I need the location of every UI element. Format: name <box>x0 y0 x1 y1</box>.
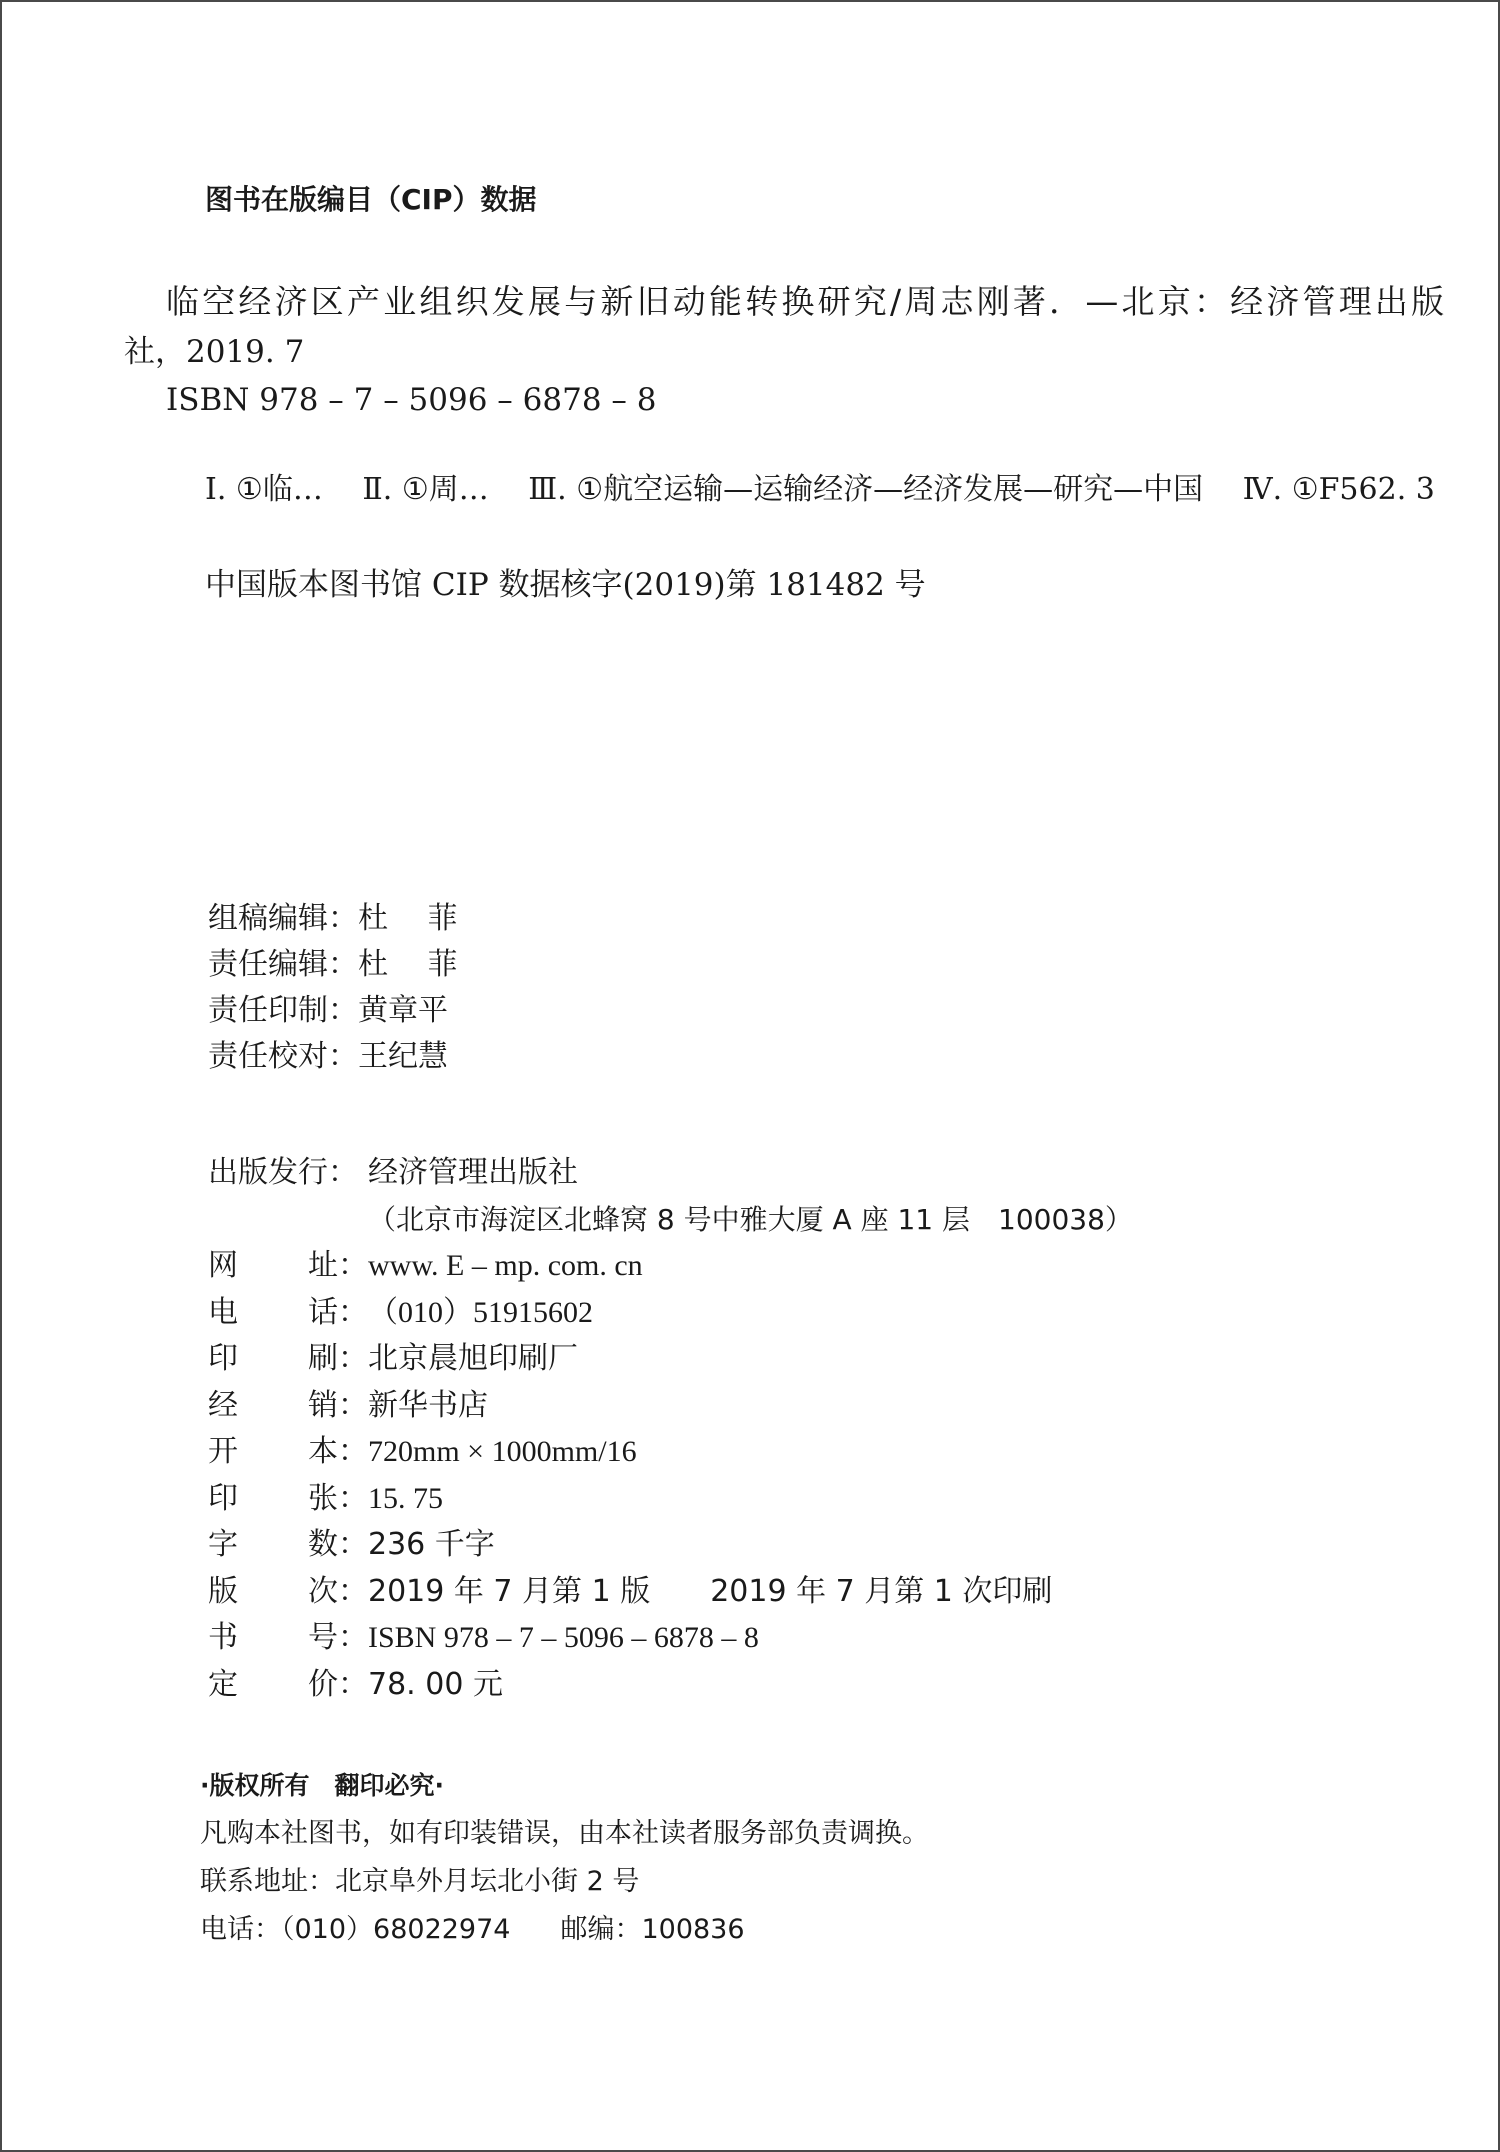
pub-label-a: 定 <box>208 1662 308 1709</box>
cip-title-line-2: 社，2019. 7 <box>124 332 304 372</box>
pub-label-b: 本： <box>308 1434 368 1469</box>
pub-label-a: 网 <box>208 1243 308 1290</box>
contact-phone: 电话：（010）68022974 <box>200 1914 510 1945</box>
copyright-footer: ·版权所有 翻印必究· 凡购本社图书，如有印装错误，由本社读者服务部负责调换。 … <box>200 1762 929 1954</box>
publisher-row: 出版发行：经济管理出版社 <box>208 1150 1133 1197</box>
staff-label: 责任编辑： <box>208 942 358 988</box>
staff-value: 王纪慧 <box>358 1034 448 1080</box>
staff-value: 杜 菲 <box>358 896 458 942</box>
word-count-value: 236 千字 <box>368 1522 495 1569</box>
cip-isbn: ISBN 978 – 7 – 5096 – 6878 – 8 <box>166 380 656 420</box>
staff-label: 责任印制： <box>208 988 358 1034</box>
copyright-notice: ·版权所有 翻印必究· <box>200 1762 929 1810</box>
pub-label-a: 经 <box>208 1383 308 1430</box>
staff-value: 黄章平 <box>358 988 448 1034</box>
replacement-notice: 凡购本社图书，如有印装错误，由本社读者服务部负责调换。 <box>200 1810 929 1858</box>
cip-heading: 图书在版编目（CIP）数据 <box>205 180 537 220</box>
cip-classification: Ⅰ. ①临… Ⅱ. ①周… Ⅲ. ①航空运输—运输经济—经济发展—研究—中国 Ⅳ… <box>205 470 1435 510</box>
pub-label-b: 刷： <box>308 1341 368 1376</box>
price-value: 78. 00 元 <box>368 1662 503 1709</box>
publication-details: 出版发行：经济管理出版社 （北京市海淀区北蜂窝 8 号中雅大厦 A 座 11 层… <box>208 1150 1133 1708</box>
pub-label-b: 张： <box>308 1481 368 1516</box>
staff-row-print-supervisor: 责任印制：黄章平 <box>208 988 458 1034</box>
pub-row-word-count: 字数：236 千字 <box>208 1522 1133 1569</box>
contact-address: 联系地址：北京阜外月坛北小街 2 号 <box>200 1858 929 1906</box>
pub-label-b: 次： <box>308 1574 368 1609</box>
pub-label-b: 数： <box>308 1527 368 1562</box>
isbn-value: ISBN 978 – 7 – 5096 – 6878 – 8 <box>368 1615 759 1662</box>
pub-row-phone: 电话：（010）51915602 <box>208 1290 1133 1337</box>
pub-label-a: 开 <box>208 1429 308 1476</box>
publisher-address: （北京市海淀区北蜂窝 8 号中雅大厦 A 座 11 层 100038） <box>208 1197 1133 1244</box>
pub-label-a: 印 <box>208 1476 308 1523</box>
pub-row-printer: 印刷：北京晨旭印刷厂 <box>208 1336 1133 1383</box>
contact-postcode: 邮编：100836 <box>560 1914 744 1945</box>
edition-value: 2019 年 7 月第 1 版 2019 年 7 月第 1 次印刷 <box>368 1569 1052 1616</box>
pub-row-price: 定价：78. 00 元 <box>208 1662 1133 1709</box>
pub-label-b: 销： <box>308 1388 368 1423</box>
cip-title-line-1: 临空经济区产业组织发展与新旧动能转换研究/周志刚著．—北京：经济管理出版 <box>166 282 1447 322</box>
distributor-value: 新华书店 <box>368 1383 488 1430</box>
pub-label-a: 书 <box>208 1615 308 1662</box>
pub-row-format: 开本：720mm × 1000mm/16 <box>208 1429 1133 1476</box>
cip-record-number: 中国版本图书馆 CIP 数据核字(2019)第 181482 号 <box>205 565 926 605</box>
staff-row-responsible-editor: 责任编辑：杜 菲 <box>208 942 458 988</box>
pub-label-a: 字 <box>208 1522 308 1569</box>
staff-label: 责任校对： <box>208 1034 358 1080</box>
pub-label-a: 版 <box>208 1569 308 1616</box>
format-value: 720mm × 1000mm/16 <box>368 1429 637 1476</box>
pub-label-b: 话： <box>308 1295 368 1330</box>
pub-row-sheets: 印张：15. 75 <box>208 1476 1133 1523</box>
staff-row-acquisitions-editor: 组稿编辑：杜 菲 <box>208 896 458 942</box>
contact-phone-postcode: 电话：（010）68022974邮编：100836 <box>200 1906 929 1954</box>
pub-label-b: 号： <box>308 1620 368 1655</box>
staff-value: 杜 菲 <box>358 942 458 988</box>
pub-row-edition: 版次：2019 年 7 月第 1 版 2019 年 7 月第 1 次印刷 <box>208 1569 1133 1616</box>
website-value: www. E – mp. com. cn <box>368 1243 643 1290</box>
publisher-label: 出版发行： <box>208 1150 368 1197</box>
phone-value: （010）51915602 <box>368 1290 593 1337</box>
pub-row-isbn: 书号：ISBN 978 – 7 – 5096 – 6878 – 8 <box>208 1615 1133 1662</box>
pub-label-b: 址： <box>308 1248 368 1283</box>
staff-row-proofreader: 责任校对：王纪慧 <box>208 1034 458 1080</box>
publisher-value: 经济管理出版社 <box>368 1150 578 1197</box>
pub-label-a: 印 <box>208 1336 308 1383</box>
pub-row-distributor: 经销：新华书店 <box>208 1383 1133 1430</box>
printer-value: 北京晨旭印刷厂 <box>368 1336 578 1383</box>
staff-label: 组稿编辑： <box>208 896 358 942</box>
pub-row-website: 网址：www. E – mp. com. cn <box>208 1243 1133 1290</box>
pub-label-b: 价： <box>308 1667 368 1702</box>
staff-credits: 组稿编辑：杜 菲 责任编辑：杜 菲 责任印制：黄章平 责任校对：王纪慧 <box>208 896 458 1080</box>
sheets-value: 15. 75 <box>368 1476 443 1523</box>
pub-label-a: 电 <box>208 1290 308 1337</box>
